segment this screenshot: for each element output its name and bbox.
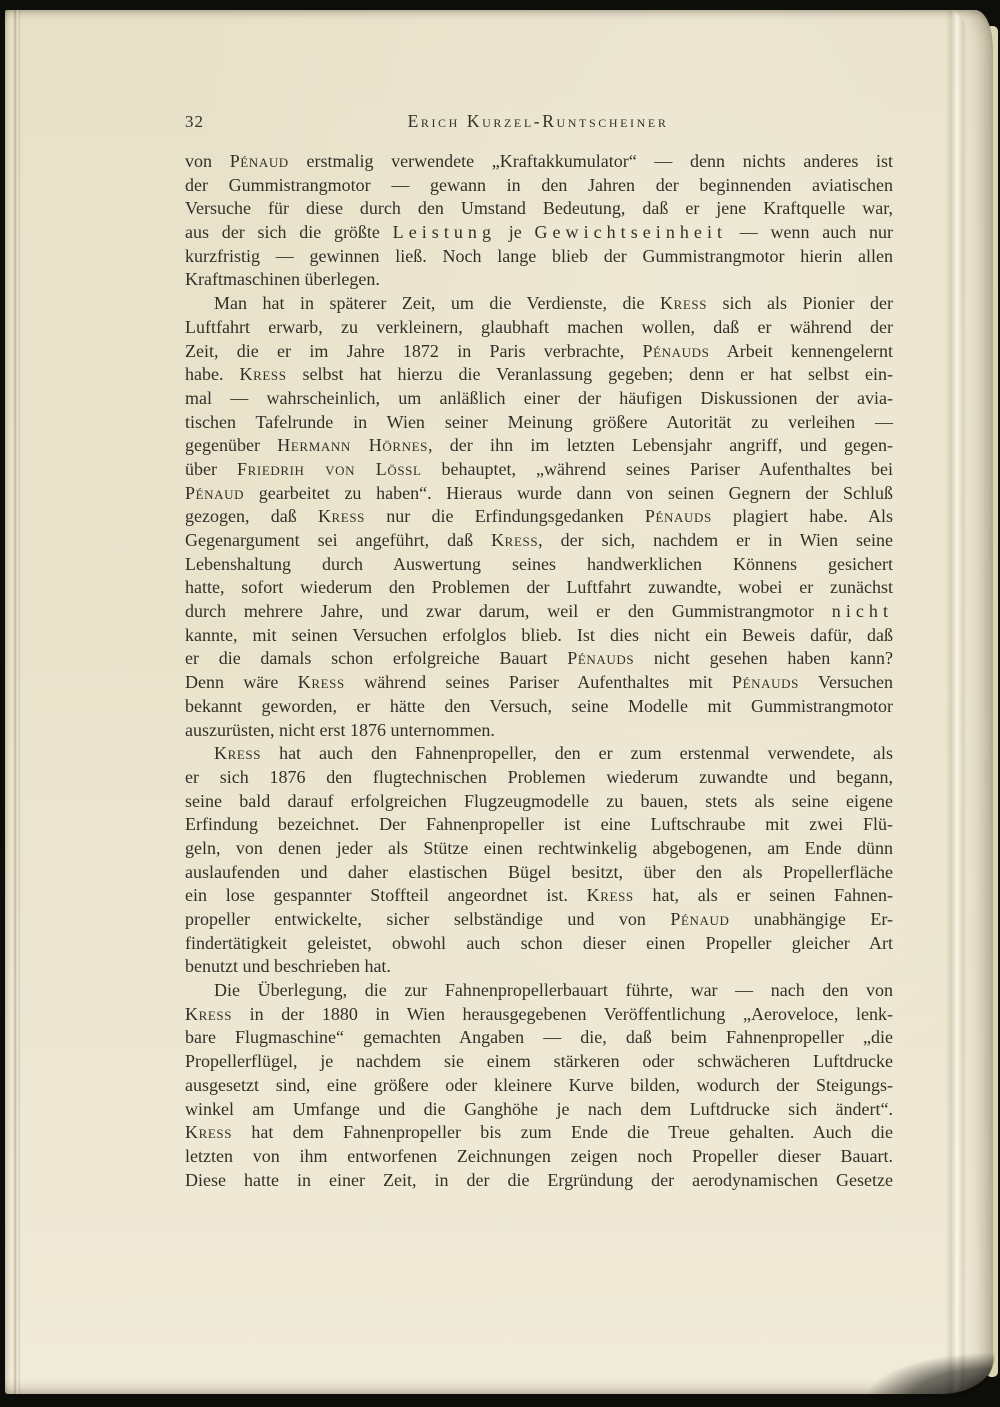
page-curl-shadow [865,1352,995,1398]
text-segment: bekannt geworden, er hätte den Versuch, … [185,696,893,716]
text-segment: je [496,222,534,242]
text-line: hatte, sofort wiederum den Problemen der… [185,576,893,600]
person-name: Pénaud [670,909,729,929]
running-header: Erich Kurzel-Runtscheiner [185,111,891,132]
text-segment: hat dem Fahnenpropeller bis zum Ende die… [232,1122,893,1142]
text-line: Man hat in späterer Zeit, um die Verdien… [185,292,893,316]
text-line: bekannt geworden, er hätte den Versuch, … [185,695,893,719]
text-line: Kraftmaschinen überlegen. [185,268,893,292]
text-segment: tischen Tafelrunde in Wien seiner Meinun… [185,412,893,432]
text-segment: ausgesetzt sind, eine größere oder klein… [185,1075,893,1095]
person-name: Pénauds [732,672,799,692]
text-line: Kress in der 1880 in Wien herausgegebene… [185,1003,893,1027]
person-name: Hermann Hörnes [277,435,428,455]
text-segment: Kraftmaschinen überlegen. [185,269,380,289]
text-line: Versuche für diese durch den Umstand Bed… [185,197,893,221]
text-segment: Erfindung bezeichnet. Der Fahnenpropelle… [185,814,893,834]
text-segment: bare Flugmaschine“ gemachten Angaben — d… [185,1027,893,1047]
text-line: Die Überlegung, die zur Fahnenpropellerb… [185,979,893,1003]
text-line: ein lose gespannter Stoffteil angeordnet… [185,884,893,908]
text-segment: Gegenargument sei angeführt, daß [185,530,491,550]
text-segment: in der 1880 in Wien herausgegebenen Verö… [232,1004,893,1024]
text-segment: Versuchen [799,672,893,692]
text-line: Erfindung bezeichnet. Der Fahnenpropelle… [185,813,893,837]
text-segment: sich als Pionier der [707,293,893,313]
person-name: Kress [214,743,261,763]
text-line: kurzfristig — gewinnen ließ. Noch lange … [185,245,893,269]
text-segment: Lebenshaltung durch Auswertung seines ha… [185,554,893,574]
text-line: kannte, mit seinen Versuchen erfolglos b… [185,624,893,648]
text-line: letzten von ihm entworfenen Zeichnungen … [185,1145,893,1169]
text-line: Zeit, die er im Jahre 1872 in Paris verb… [185,340,893,364]
text-segment: auslaufenden und daher elastischen Bügel… [185,862,893,882]
text-line: von Pénaud erstmalig verwendete „Kraftak… [185,150,893,174]
text-line: auslaufenden und daher elastischen Bügel… [185,861,893,885]
person-name: Kress [298,672,345,692]
text-line: er sich 1876 den flugtechnischen Problem… [185,766,893,790]
text-line: aus der sich die größte Leistung je Gewi… [185,221,893,245]
text-segment: der Gummistrangmotor — gewann in den Jah… [185,175,893,195]
text-line: Lebenshaltung durch Auswertung seines ha… [185,553,893,577]
text-segment: Arbeit kennengelernt [709,341,893,361]
page-body: von Pénaud erstmalig verwendete „Kraftak… [185,150,893,1192]
text-line: propeller entwickelte, sicher selbständi… [185,908,893,932]
page-header: 32 Erich Kurzel-Runtscheiner [185,111,891,135]
text-segment: nur die Erfindungsgedanken [365,506,645,526]
text-segment: Die Überlegung, die zur Fahnenpropellerb… [214,980,893,1000]
book-scan: 32 Erich Kurzel-Runtscheiner von Pénaud … [0,0,1000,1407]
text-segment: er sich 1876 den flugtechnischen Problem… [185,767,893,787]
text-segment: aus der sich die größte [185,222,393,242]
text-line: durch mehrere Jahre, und zwar darum, wei… [185,600,893,624]
text-segment: , der ihn im letzten Lebensjahr angriff,… [428,435,893,455]
book-page: 32 Erich Kurzel-Runtscheiner von Pénaud … [5,10,993,1394]
text-line: Denn wäre Kress während seines Pariser A… [185,671,893,695]
text-segment: — wenn auch nur [727,222,893,242]
text-segment: nicht [832,601,893,621]
text-line: Kress hat auch den Fahnenpropeller, den … [185,742,893,766]
text-segment: gegenüber [185,435,277,455]
text-segment: auszurüsten, nicht erst 1876 unternommen… [185,720,495,740]
text-segment: Propellerflügel, je nachdem sie einem st… [185,1051,893,1071]
text-segment: Leistung [393,222,496,242]
text-segment: während seines Pariser Aufenthaltes mit [345,672,732,692]
text-line: Luftfahrt erwarb, zu verkleinern, glaubh… [185,316,893,340]
text-line: der Gummistrangmotor — gewann in den Jah… [185,174,893,198]
person-name: Pénauds [567,648,634,668]
text-line: findertätigkeit geleistet, obwohl auch s… [185,932,893,956]
text-segment: Zeit, die er im Jahre 1872 in Paris verb… [185,341,643,361]
text-line: seine bald darauf erfolgreichen Flugzeug… [185,790,893,814]
page-crease [945,10,967,1394]
text-line: Propellerflügel, je nachdem sie einem st… [185,1050,893,1074]
text-line: Gegenargument sei angeführt, daß Kress, … [185,529,893,553]
text-segment: mal — wahrscheinlich, um anläßlich einer… [185,388,893,408]
text-segment: habe. [185,364,239,384]
text-line: ausgesetzt sind, eine größere oder klein… [185,1074,893,1098]
text-segment: unabhängige Er- [729,909,893,929]
text-segment: behauptet, „während seines Pariser Aufen… [422,459,893,479]
text-segment: propeller entwickelte, sicher selbständi… [185,909,670,929]
text-line: mal — wahrscheinlich, um anläßlich einer… [185,387,893,411]
text-line: tischen Tafelrunde in Wien seiner Meinun… [185,411,893,435]
text-segment: letzten von ihm entworfenen Zeichnungen … [185,1146,893,1166]
text-line: benutzt und beschrieben hat. [185,955,893,979]
page-number: 32 [185,112,204,132]
text-segment: kannte, mit seinen Versuchen erfolglos b… [185,625,893,645]
person-name: Pénauds [645,506,712,526]
text-segment: gezogen, daß [185,506,318,526]
person-name: Kress [587,885,634,905]
text-line: gezogen, daß Kress nur die Erfindungsged… [185,505,893,529]
text-segment: Gewichtseinheit [534,222,727,242]
text-line: bare Flugmaschine“ gemachten Angaben — d… [185,1026,893,1050]
text-segment: hat, als er seinen Fahnen- [634,885,893,905]
text-line: Kress hat dem Fahnenpropeller bis zum En… [185,1121,893,1145]
text-segment: Man hat in späterer Zeit, um die Verdien… [214,293,660,313]
text-segment: von [185,151,230,171]
text-segment: ein lose gespannter Stoffteil angeordnet… [185,885,587,905]
person-name: Pénaud [185,483,244,503]
person-name: Kress [318,506,365,526]
text-segment: Diese hatte in einer Zeit, in der die Er… [185,1170,893,1190]
text-line: geln, von denen jeder als Stütze einen r… [185,837,893,861]
text-segment: findertätigkeit geleistet, obwohl auch s… [185,933,893,953]
text-segment: hatte, sofort wiederum den Problemen der… [185,577,893,597]
text-segment: Versuche für diese durch den Umstand Bed… [185,198,893,218]
person-name: Kress [185,1004,232,1024]
text-segment: Denn wäre [185,672,298,692]
text-segment: seine bald darauf erfolgreichen Flugzeug… [185,791,893,811]
person-name: Kress [239,364,286,384]
text-segment: , der sich, nachdem er in Wien seine [538,530,893,550]
person-name: Kress [491,530,538,550]
text-segment: erstmalig verwendete „Kraftakkumulator“ … [289,151,893,171]
person-name: Kress [660,293,707,313]
text-line: habe. Kress selbst hat hierzu die Veranl… [185,363,893,387]
person-name: Pénauds [643,341,710,361]
text-line: über Friedrih von Lössl behauptet, „währ… [185,458,893,482]
text-line: winkel am Umfange und die Ganghöhe je na… [185,1098,893,1122]
person-name: Pénaud [230,151,289,171]
text-segment: winkel am Umfange und die Ganghöhe je na… [185,1099,893,1119]
person-name: Kress [185,1122,232,1142]
text-line: Pénaud gearbeitet zu haben“. Hieraus wur… [185,482,893,506]
text-segment: nicht gesehen haben kann? [634,648,893,668]
text-segment: durch mehrere Jahre, und zwar darum, wei… [185,601,832,621]
text-segment: selbst hat hierzu die Veranlassung gegeb… [287,364,893,384]
text-segment: über [185,459,237,479]
text-line: er die damals schon erfolgreiche Bauart … [185,647,893,671]
text-segment: hat auch den Fahnenpropeller, den er zum… [261,743,893,763]
text-line: Diese hatte in einer Zeit, in der die Er… [185,1169,893,1193]
page-edge-lines [13,10,21,1394]
text-segment: gearbeitet zu haben“. Hieraus wurde dann… [244,483,893,503]
text-segment: geln, von denen jeder als Stütze einen r… [185,838,893,858]
text-segment: er die damals schon erfolgreiche Bauart [185,648,567,668]
text-segment: benutzt und beschrieben hat. [185,956,391,976]
person-name: Friedrih von Lössl [237,459,422,479]
text-line: auszurüsten, nicht erst 1876 unternommen… [185,719,893,743]
text-segment: Luftfahrt erwarb, zu verkleinern, glaubh… [185,317,893,337]
text-segment: plagiert habe. Als [712,506,893,526]
text-segment: kurzfristig — gewinnen ließ. Noch lange … [185,246,893,266]
text-line: gegenüber Hermann Hörnes, der ihn im let… [185,434,893,458]
